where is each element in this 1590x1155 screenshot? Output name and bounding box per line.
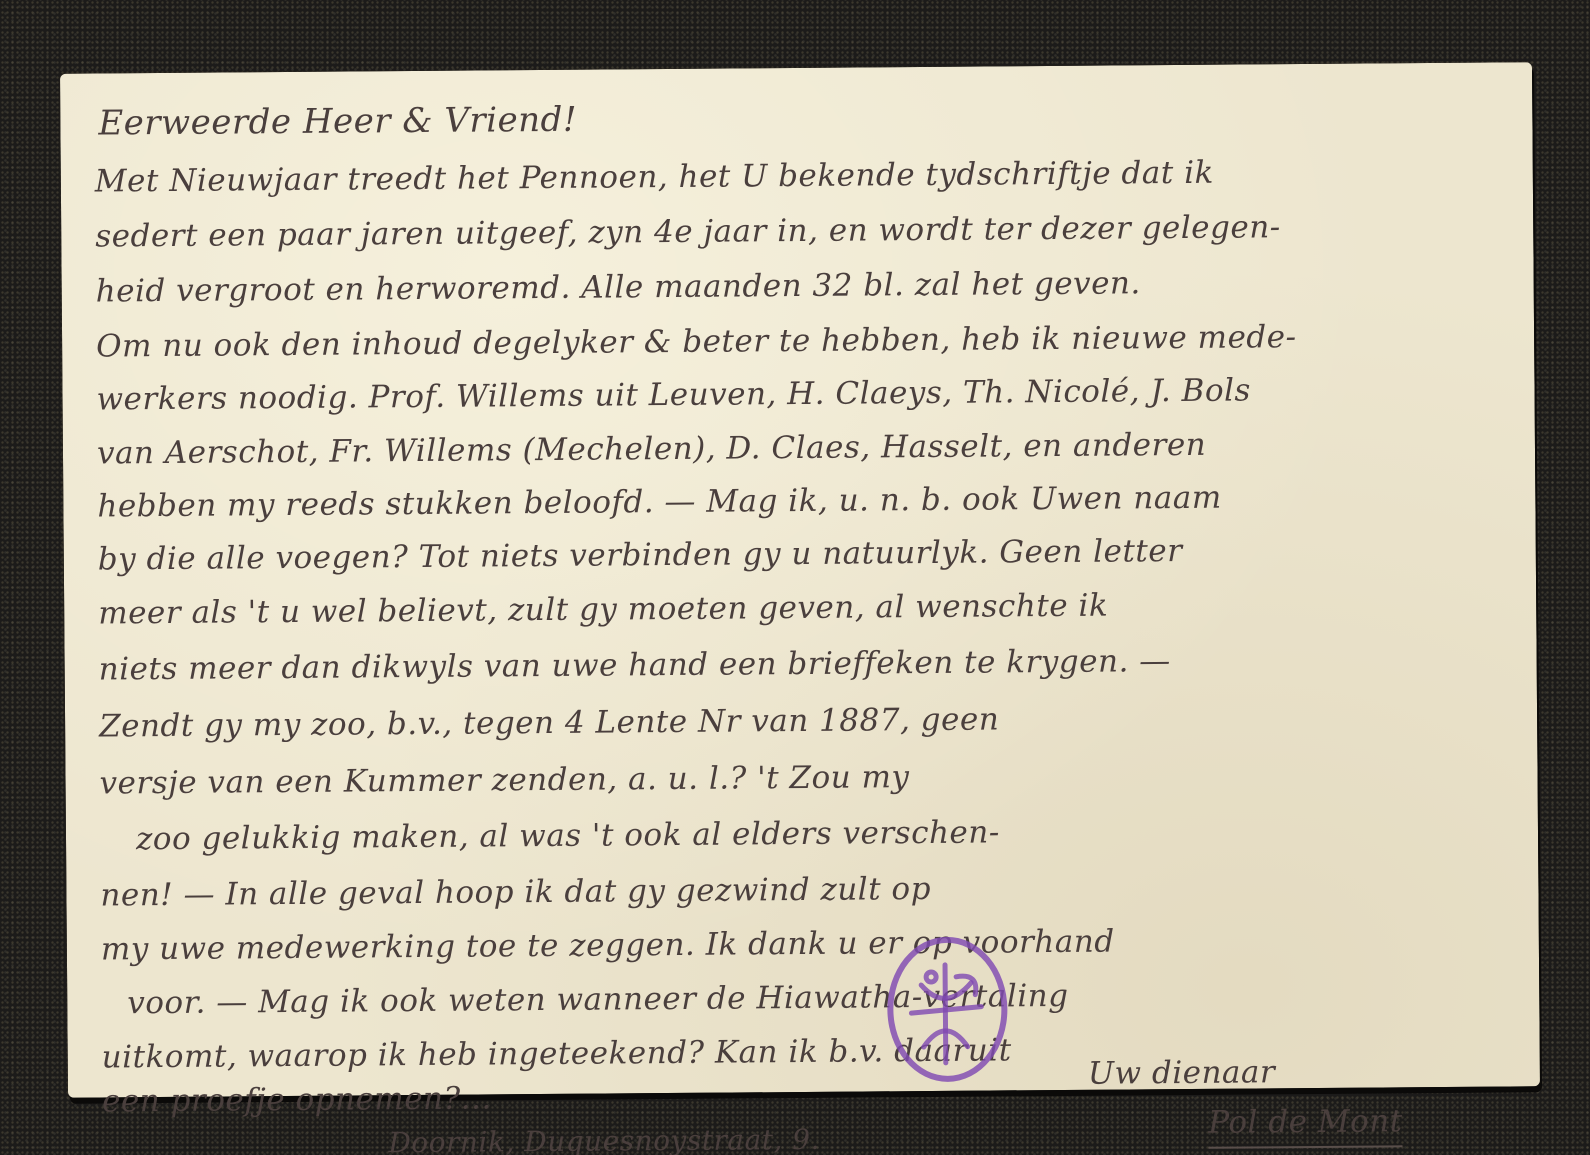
letter-line-6: van Aerschot, Fr. Willems (Mechelen), D.… bbox=[97, 427, 1206, 472]
letter-line-8: by die alle voegen? Tot niets verbinden … bbox=[98, 533, 1183, 578]
letter-line-11: Zendt gy my zoo, b.v., tegen 4 Lente Nr … bbox=[99, 701, 999, 744]
letter-line-17: uitkomt, waarop ik heb ingeteekend? Kan … bbox=[102, 1032, 1012, 1075]
salutation: Eerweerde Heer & Vriend! bbox=[98, 100, 577, 144]
violet-oval-stamp bbox=[887, 936, 1008, 1082]
signature: Pol de Mont bbox=[1208, 1103, 1403, 1149]
letter-line-7: hebben my reeds stukken beloofd. — Mag i… bbox=[97, 480, 1222, 525]
letter-line-9: meer als 't u wel believt, zult gy moete… bbox=[98, 588, 1108, 632]
letter-line-13: zoo gelukkig maken, al was 't ook al eld… bbox=[136, 814, 1000, 857]
letter-line-3: heid vergroot en herworemd. Alle maanden… bbox=[96, 265, 1141, 309]
letter-line-14: nen! — In alle geval hoop ik dat gy gezw… bbox=[100, 871, 931, 914]
closing: Uw dienaar bbox=[1088, 1054, 1276, 1091]
postcard: Eerweerde Heer & Vriend! Met Nieuwjaar t… bbox=[60, 62, 1540, 1098]
letter-line-1: Met Nieuwjaar treedt het Pennoen, het U … bbox=[95, 155, 1214, 200]
letter-line-12: versje van een Kummer zenden, a. u. l.? … bbox=[99, 759, 909, 801]
letter-line-4: Om nu ook den inhoud degelyker & beter t… bbox=[96, 319, 1297, 364]
sender-address: Doornik, Duquesnoystraat, 9. bbox=[388, 1123, 820, 1155]
line-1-text: Met Nieuwjaar treedt het Pennoen, het U … bbox=[95, 155, 1214, 200]
fleur-de-lis-stamp-icon bbox=[901, 954, 994, 1073]
letter-line-5: werkers noodig. Prof. Willems uit Leuven… bbox=[96, 372, 1251, 417]
letter-line-10: niets meer dan dikwyls van uwe hand een … bbox=[99, 643, 1171, 687]
letter-line-2: sedert een paar jaren uitgeef, zyn 4e ja… bbox=[95, 209, 1281, 254]
letter-line-18: een proefje opnemen?... bbox=[102, 1080, 492, 1119]
